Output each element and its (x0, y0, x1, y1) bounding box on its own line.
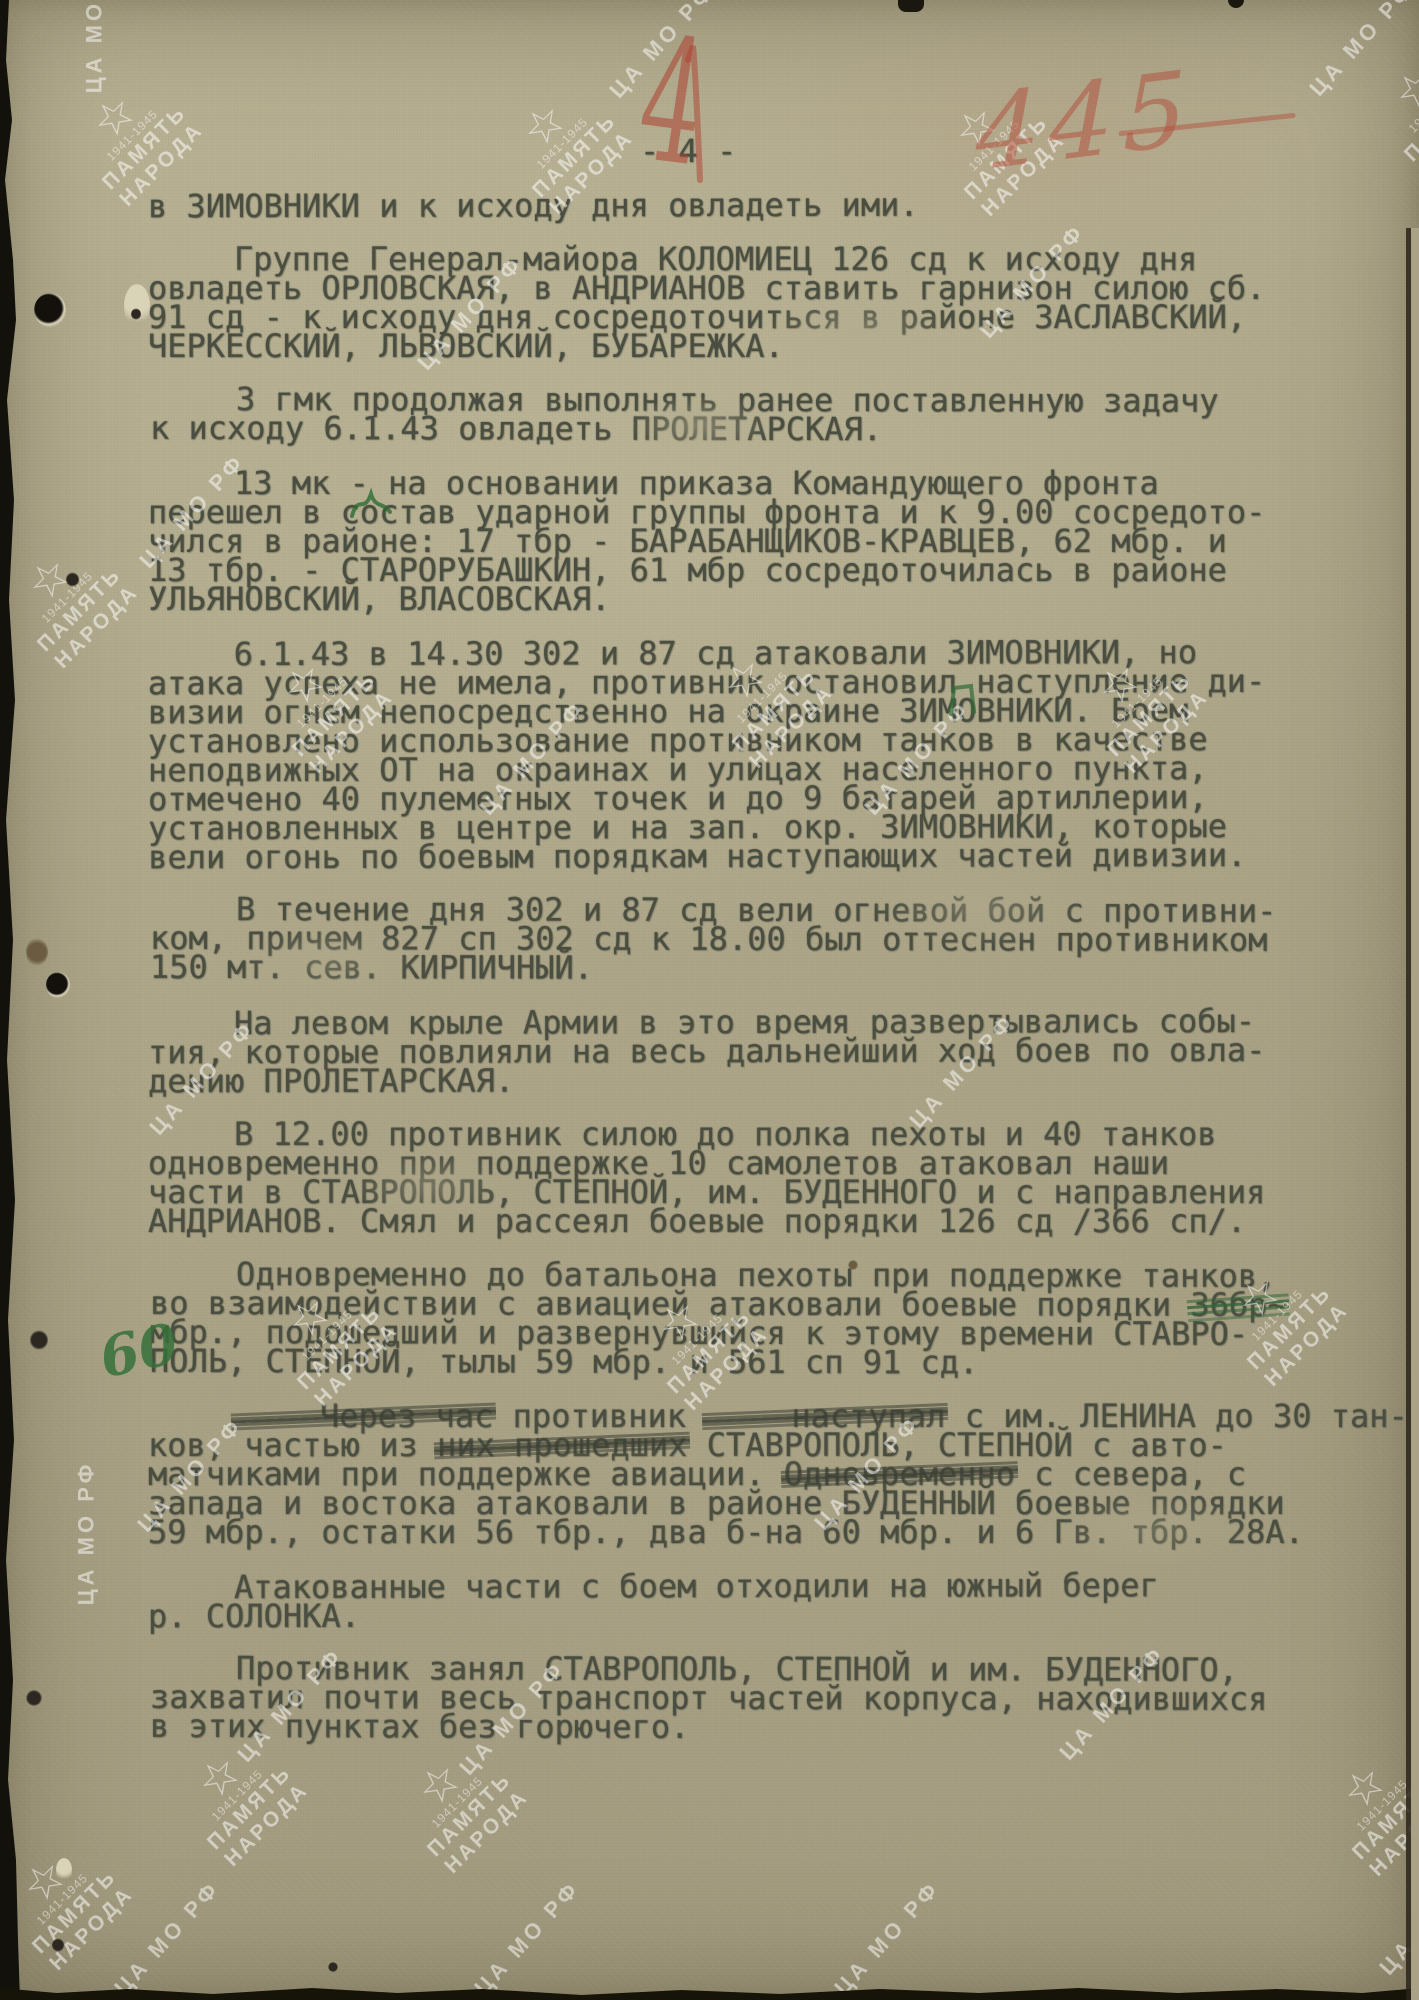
struck-text: наступал (705, 1402, 945, 1431)
paragraphs: в ЗИМОВНИКИ и к исходу дня овладеть ими.… (148, 191, 1395, 1742)
paragraph: В течение дня 302 и 87 сд вели огневой б… (150, 895, 1397, 984)
scanned-document: - 4 - в ЗИМОВНИКИ и к исходу дня овладет… (0, 0, 1419, 2000)
paper-speck (66, 572, 79, 587)
typed-text-area: - 4 - в ЗИМОВНИКИ и к исходу дня овладет… (0, 0, 1419, 1767)
paragraph: Одновременно до батальона пехоты при под… (150, 1260, 1397, 1378)
paragraph: Через час противник наступал с им. ЛЕНИН… (148, 1402, 1395, 1547)
paper-speck (30, 1330, 48, 1350)
typed-line: АНДРИАНОВ. Смял и рассеял боевые порядки… (148, 1207, 1395, 1236)
paper-hole-small (131, 308, 141, 320)
struck-text: них прошедших (437, 1431, 687, 1460)
typed-line: вели огонь по боевым порядкам наступающи… (148, 841, 1395, 873)
paper-speck (52, 1938, 64, 1952)
typed-line: в ЗИМОВНИКИ и к исходу дня овладеть ими. (148, 190, 1395, 222)
paragraph: На левом крыле Армии в это время разверт… (148, 1007, 1395, 1097)
paper-fleck (56, 1858, 72, 1882)
paragraph: Группе Генерал-майора КОЛОМИЕЦ 126 сд к … (148, 245, 1395, 361)
typed-line: УЛЬЯНОВСКИЙ, ВЛАСОВСКАЯ. (148, 585, 1395, 614)
typed-page-number: - 4 - (640, 137, 1395, 166)
paragraph: 6.1.43 в 14.30 302 и 87 сд атаковали ЗИМ… (148, 638, 1395, 873)
paragraph: Атакованные части с боем отходили на южн… (148, 1571, 1395, 1632)
paragraph: В 12.00 противник силою до полка пехоты … (148, 1120, 1395, 1236)
paper-stain (26, 938, 48, 966)
paper-speck (328, 1962, 338, 1972)
paper-hole (46, 972, 70, 998)
paper-hole (34, 293, 66, 327)
paragraph: 13 мк - на основании приказа Командующег… (148, 469, 1395, 614)
top-edge-notch (898, 0, 924, 12)
paragraph: 3 гмк продолжая выполнять ранее поставле… (150, 385, 1397, 445)
paper-speck (848, 1260, 858, 1270)
typed-line: ЧЕРКЕССКИЙ, ЛЬВОВСКИЙ, БУБАРЕЖКА. (148, 332, 1395, 361)
typed-line: 59 мбр., остатки 56 тбр., два б-на 60 мб… (148, 1518, 1395, 1547)
struck-text: Одновременно (784, 1460, 1015, 1489)
struck-text: 36бр~ (1190, 1291, 1286, 1320)
paragraph: в ЗИМОВНИКИ и к исходу дня овладеть ими. (148, 190, 1395, 222)
paper-tear (124, 284, 150, 328)
paper-speck (26, 1690, 42, 1706)
paragraph: Противник занял СТАВРОПОЛЬ, СТЕПНОЙ и им… (150, 1654, 1397, 1743)
